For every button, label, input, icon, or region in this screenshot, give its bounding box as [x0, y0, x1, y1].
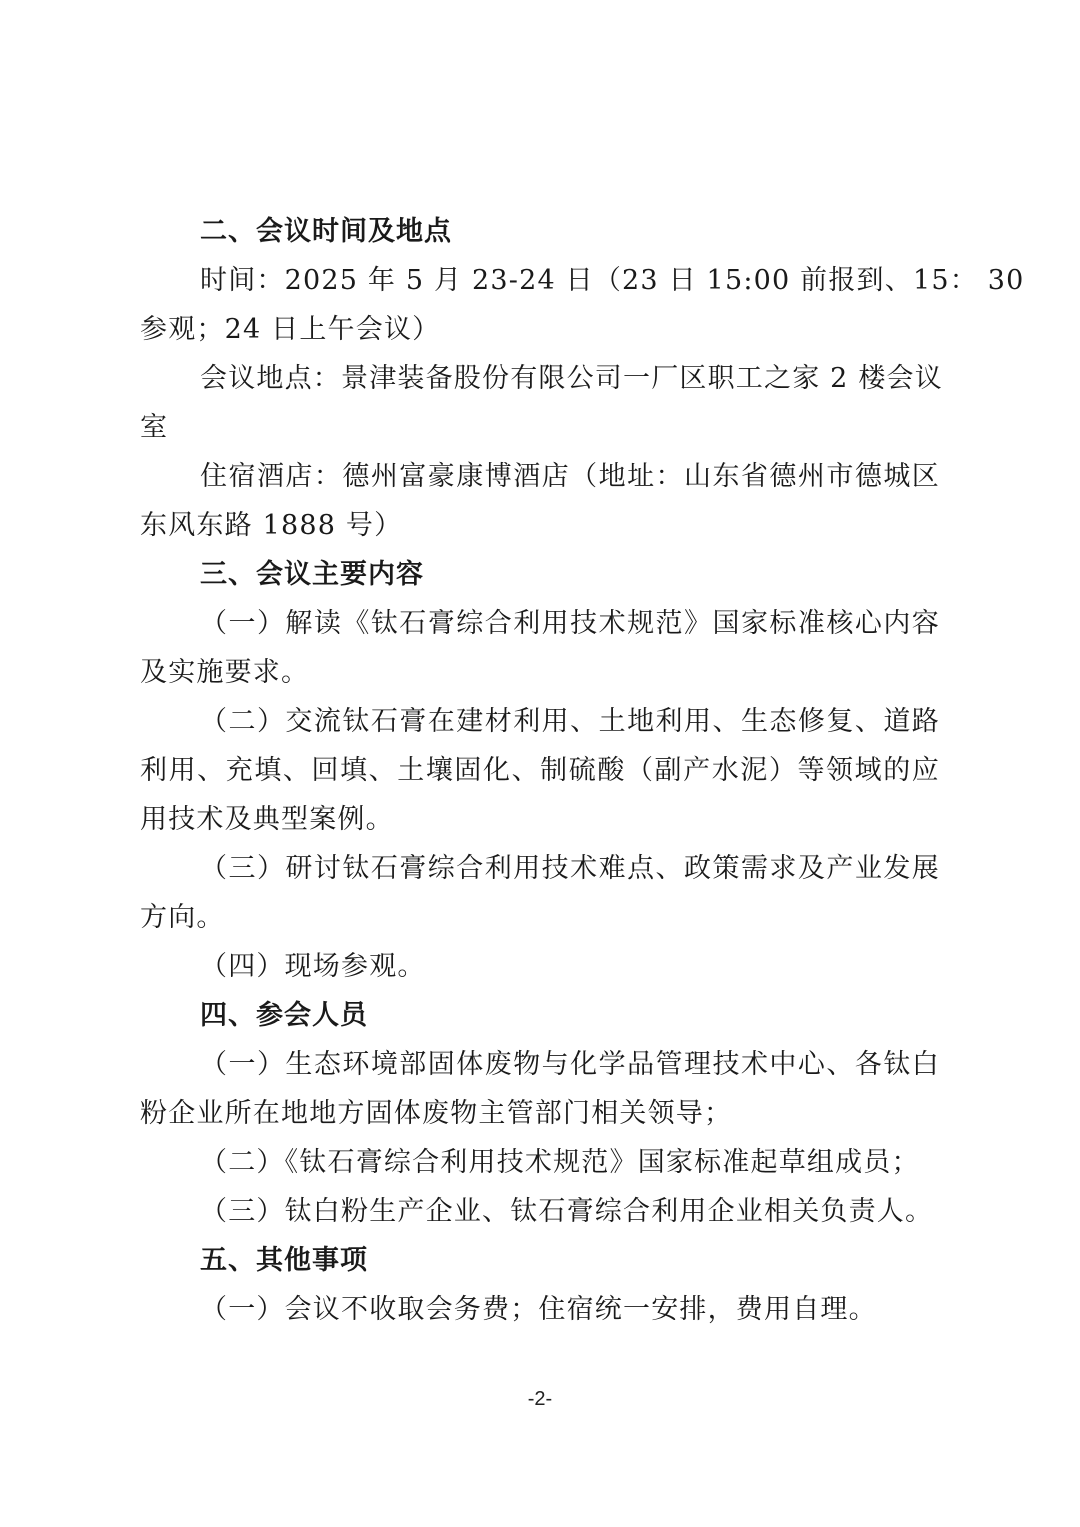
- section-heading-attendees: 四、参会人员: [140, 991, 940, 1040]
- document-page: 二、会议时间及地点 时间：2025 年 5 月 23-24 日（23 日 15:…: [140, 207, 940, 1334]
- text-line: 参观；24 日上午会议）: [140, 305, 940, 354]
- paragraph-other-item-1: （一）会议不收取会务费；住宿统一安排，费用自理。: [140, 1285, 940, 1334]
- paragraph-content-item-4: （四）现场参观。: [140, 942, 940, 991]
- text-line: （四）现场参观。: [140, 942, 940, 991]
- paragraph-content-item-3: （三）研讨钛石膏综合利用技术难点、政策需求及产业发展 方向。: [140, 844, 940, 942]
- text-line: 用技术及典型案例。: [140, 795, 940, 844]
- text-line: 利用、充填、回填、土壤固化、制硫酸（副产水泥）等领域的应: [140, 746, 940, 795]
- paragraph-hotel: 住宿酒店：德州富豪康博酒店（地址：山东省德州市德城区 东风东路 1888 号）: [140, 452, 940, 550]
- paragraph-time: 时间：2025 年 5 月 23-24 日（23 日 15:00 前报到、15：…: [140, 256, 940, 354]
- text-line: 住宿酒店：德州富豪康博酒店（地址：山东省德州市德城区: [140, 452, 940, 501]
- paragraph-venue: 会议地点：景津装备股份有限公司一厂区职工之家 2 楼会议 室: [140, 354, 940, 452]
- text-line: 方向。: [140, 893, 940, 942]
- section-heading-main-content: 三、会议主要内容: [140, 550, 940, 599]
- text-line: 室: [140, 403, 940, 452]
- text-line: 时间：2025 年 5 月 23-24 日（23 日 15:00 前报到、15：…: [140, 256, 940, 305]
- text-line: 会议地点：景津装备股份有限公司一厂区职工之家 2 楼会议: [140, 354, 940, 403]
- section-heading-other-matters: 五、其他事项: [140, 1236, 940, 1285]
- text-line: （一）生态环境部固体废物与化学品管理技术中心、各钛白: [140, 1040, 940, 1089]
- paragraph-content-item-2: （二）交流钛石膏在建材利用、土地利用、生态修复、道路 利用、充填、回填、土壤固化…: [140, 697, 940, 844]
- text-line: 粉企业所在地地方固体废物主管部门相关领导；: [140, 1089, 940, 1138]
- text-line: 东风东路 1888 号）: [140, 501, 940, 550]
- text-line: （三）研讨钛石膏综合利用技术难点、政策需求及产业发展: [140, 844, 940, 893]
- text-line: （二）交流钛石膏在建材利用、土地利用、生态修复、道路: [140, 697, 940, 746]
- text-line: 及实施要求。: [140, 648, 940, 697]
- page-number: -2-: [0, 1388, 1080, 1411]
- text-line: （一）解读《钛石膏综合利用技术规范》国家标准核心内容: [140, 599, 940, 648]
- paragraph-attendees-item-2: （二）《钛石膏综合利用技术规范》国家标准起草组成员；: [140, 1138, 940, 1187]
- text-line: （二）《钛石膏综合利用技术规范》国家标准起草组成员；: [140, 1138, 940, 1187]
- text-line: （三）钛白粉生产企业、钛石膏综合利用企业相关负责人。: [140, 1187, 940, 1236]
- paragraph-attendees-item-3: （三）钛白粉生产企业、钛石膏综合利用企业相关负责人。: [140, 1187, 940, 1236]
- text-line: （一）会议不收取会务费；住宿统一安排，费用自理。: [140, 1285, 940, 1334]
- paragraph-attendees-item-1: （一）生态环境部固体废物与化学品管理技术中心、各钛白 粉企业所在地地方固体废物主…: [140, 1040, 940, 1138]
- section-heading-time-location: 二、会议时间及地点: [140, 207, 940, 256]
- paragraph-content-item-1: （一）解读《钛石膏综合利用技术规范》国家标准核心内容 及实施要求。: [140, 599, 940, 697]
